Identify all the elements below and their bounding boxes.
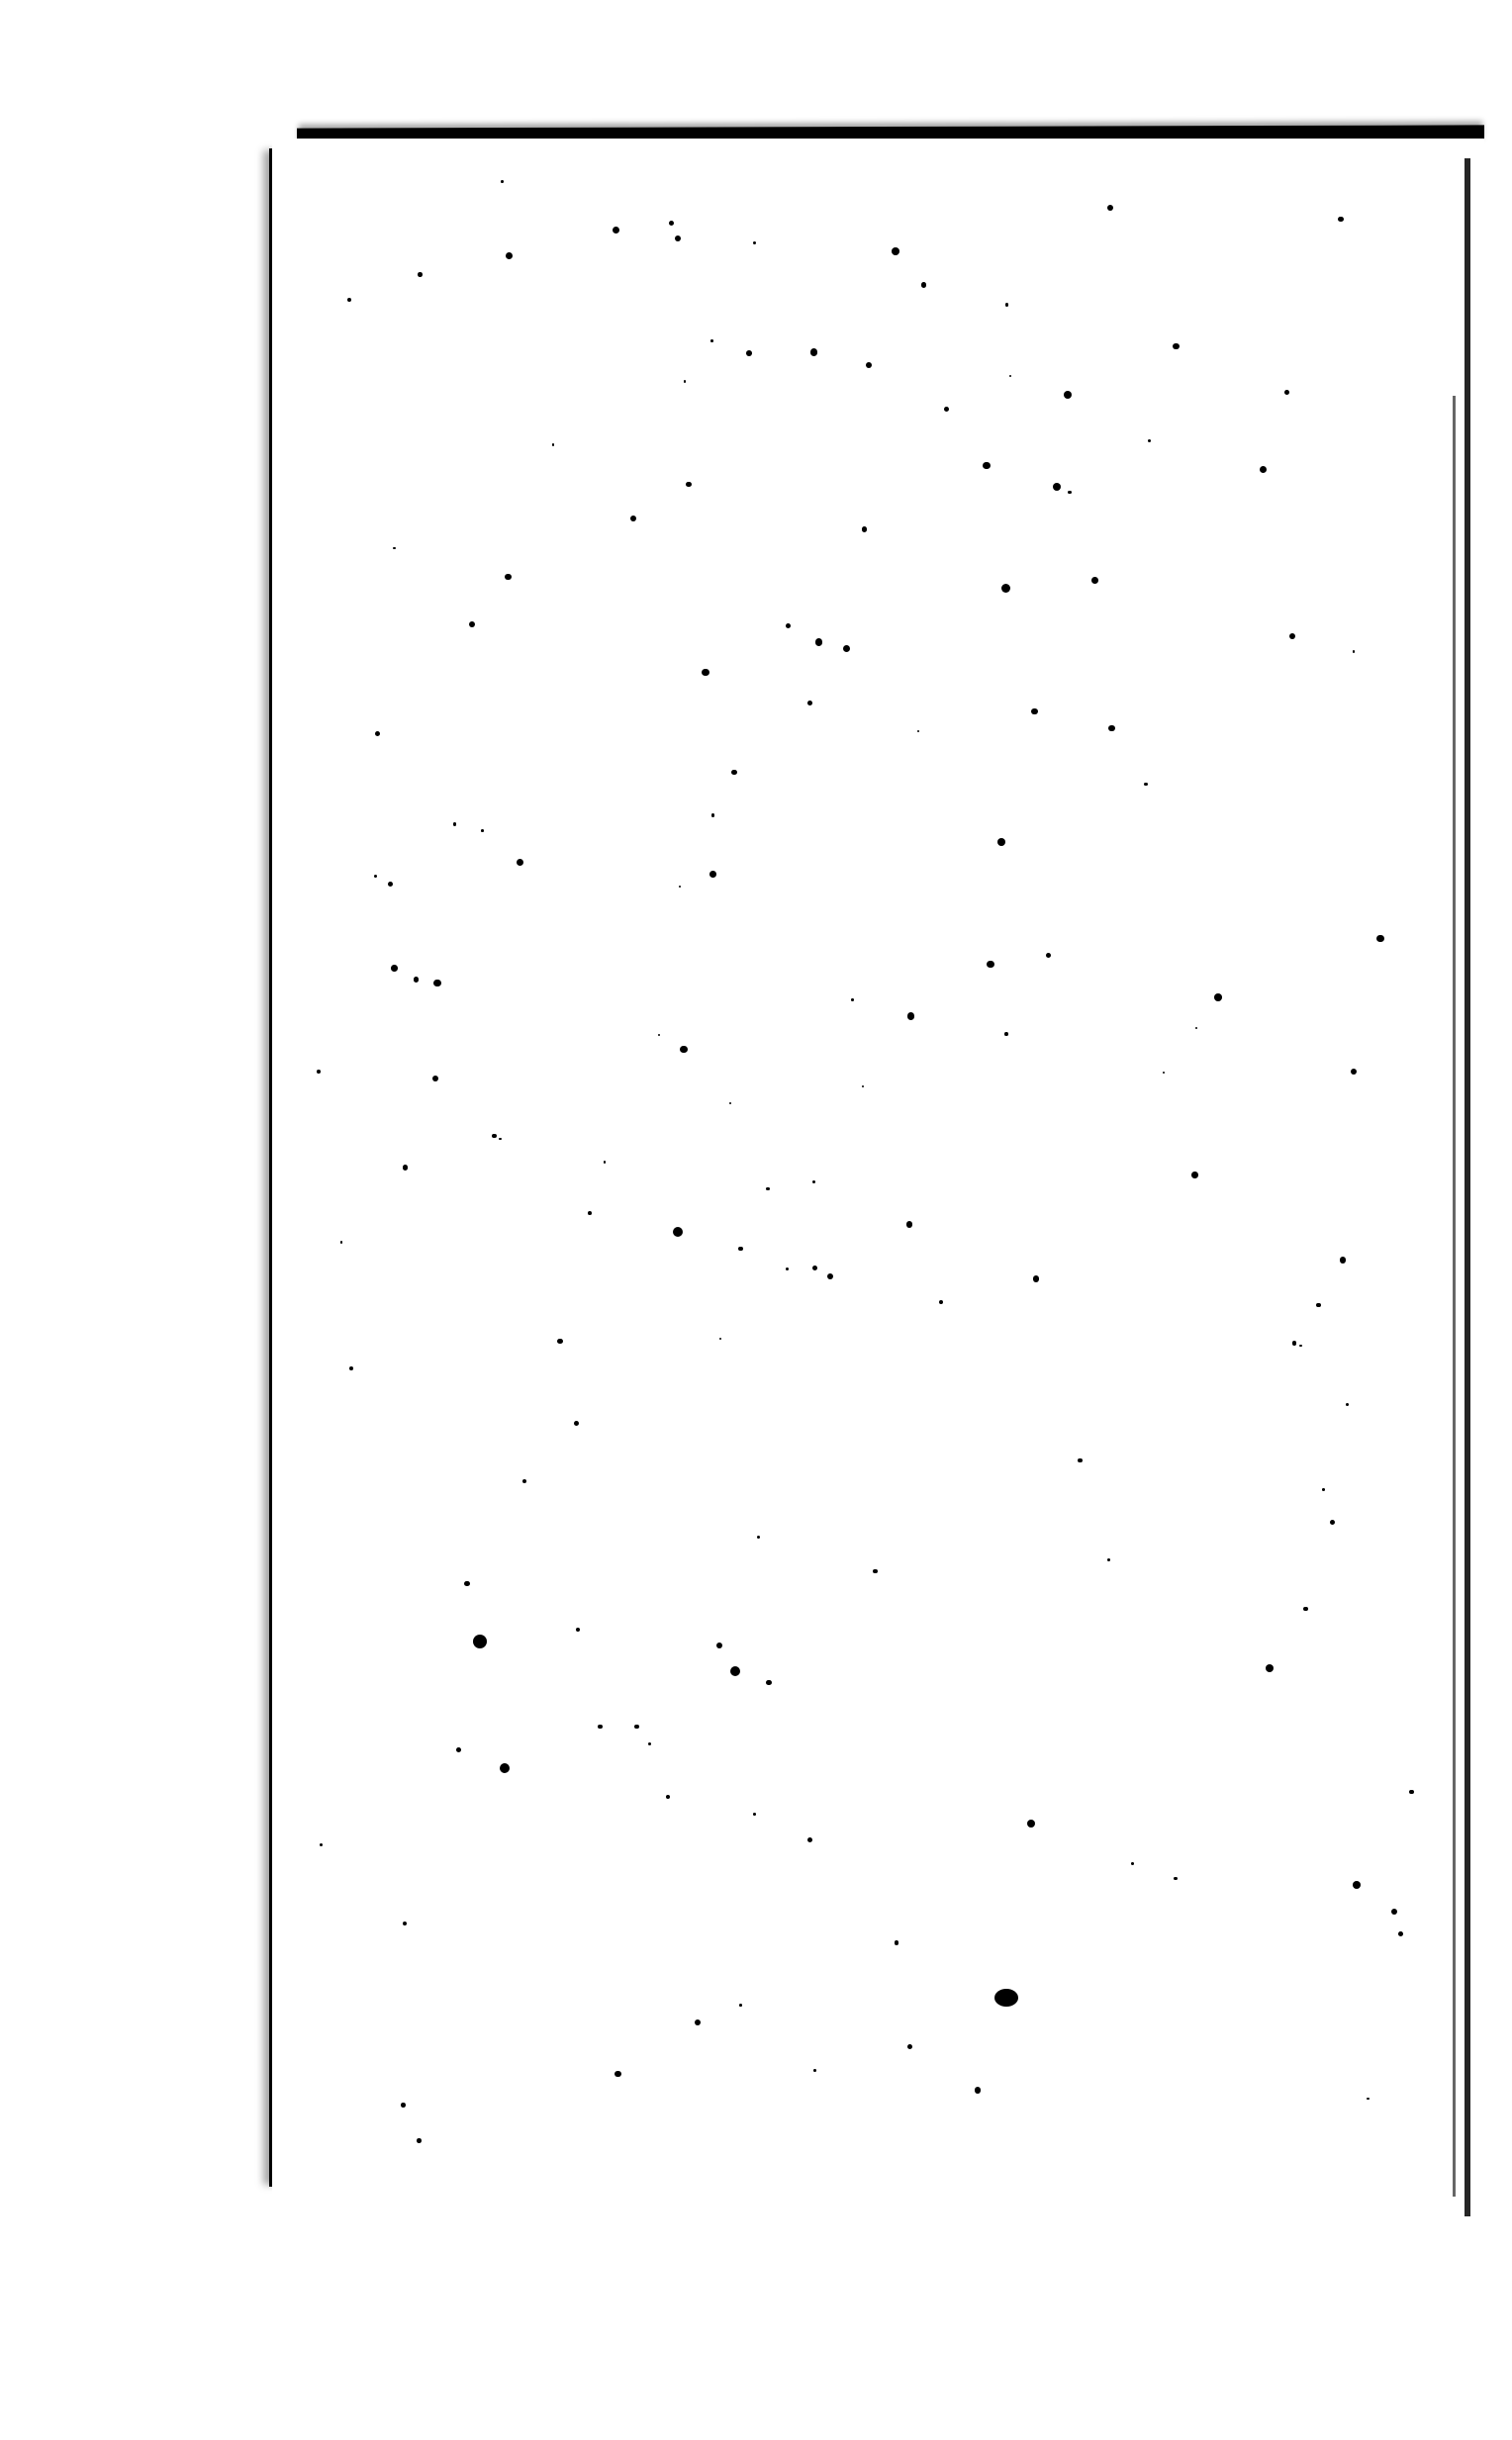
page-stack-edge xyxy=(1453,396,1456,2197)
cover-right-edge xyxy=(1465,158,1470,2216)
blank-cover-surface xyxy=(272,139,1484,2246)
scanned-page xyxy=(0,0,1512,2440)
